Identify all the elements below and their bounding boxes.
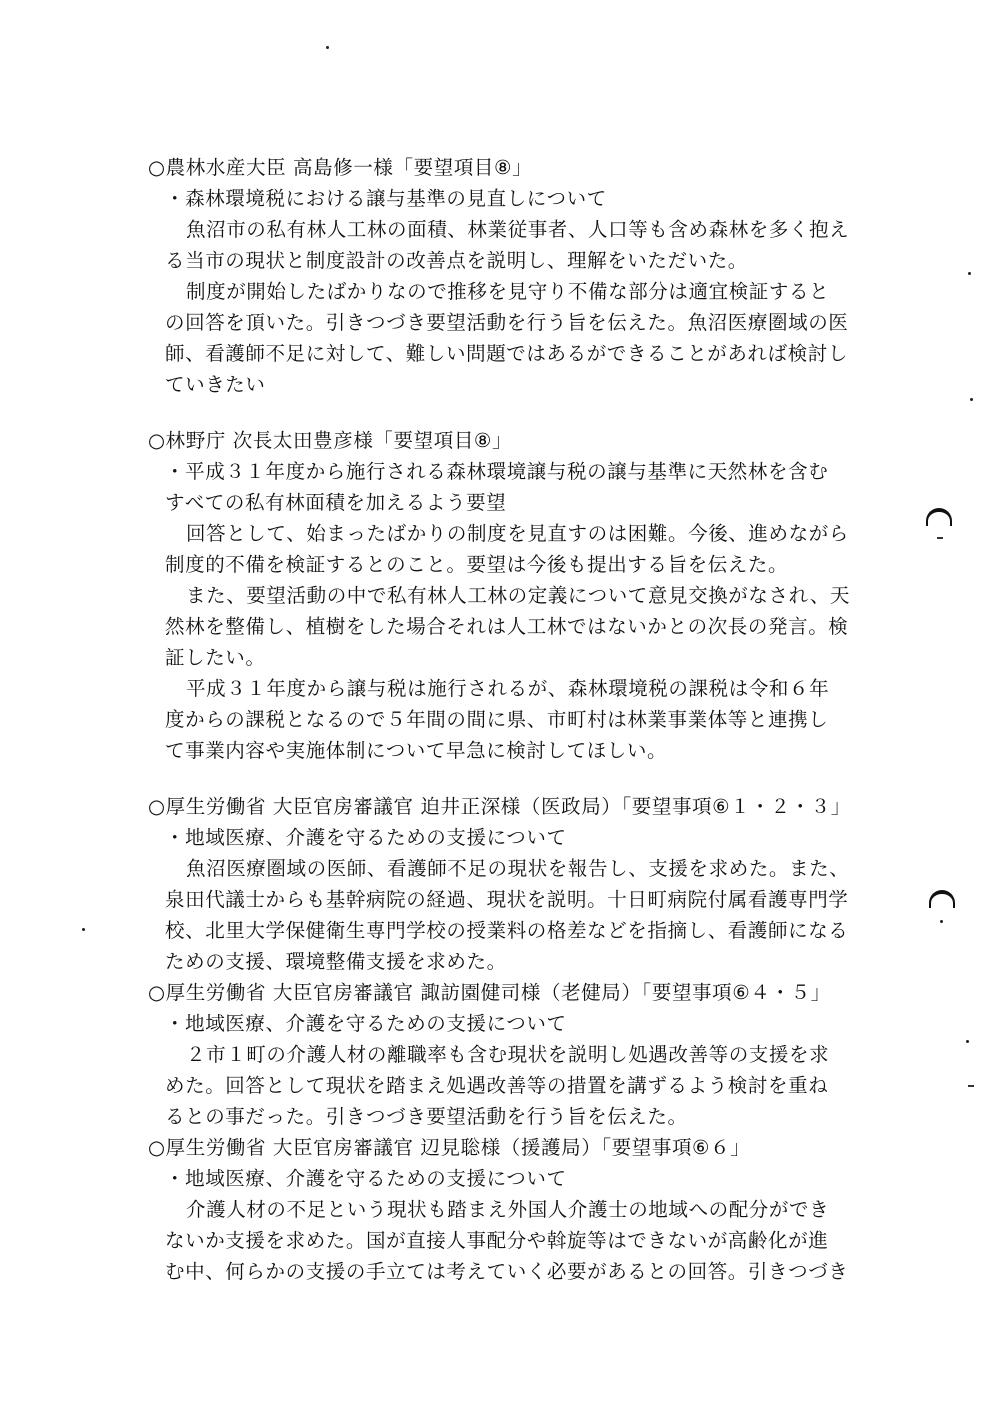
paragraph-line: るとの事だった。引きつづき要望活動を行う旨を伝えた。 <box>165 1105 688 1129</box>
paragraph-line: 平成３１年度から譲与税は施行されるが、森林環境税の課税は令和６年 <box>186 677 829 701</box>
paragraph-line: 証したい。 <box>165 646 266 670</box>
paragraph-line: すべての私有林面積を加えるよう要望 <box>165 491 506 515</box>
bullet-item: ・地域医療、介護を守るための支援について <box>165 826 567 850</box>
scan-speck <box>968 1085 974 1087</box>
paragraph-line: 度からの課税となるので５年間の間に県、市町村は林業事業体等と連携し <box>165 708 828 732</box>
scan-speck <box>968 272 971 275</box>
bullet-item: ・森林環境税における譲与基準の見直しについて <box>165 187 607 211</box>
paragraph-line: ２市１町の介護人材の離職率も含む現状を説明し処遇改善等の支援を求 <box>186 1043 829 1067</box>
scan-speck <box>970 398 973 401</box>
bullet-item: ・平成３１年度から施行される森林環境譲与税の譲与基準に天然林を含む <box>165 460 828 484</box>
scan-speck <box>326 46 329 49</box>
paragraph-line: 制度が開始したばかりなので推移を見守り不備な部分は適宜検証すると <box>186 280 829 304</box>
paragraph-line: ていきたい <box>165 373 266 397</box>
punch-hole-mark <box>926 508 952 526</box>
bullet-item: ・地域医療、介護を守るための支援について <box>165 1012 567 1036</box>
paragraph-line: めた。回答として現状を踏まえ処遇改善等の措置を講ずるよう検討を重ね <box>165 1074 828 1098</box>
paragraph-line: 然林を整備し、植樹をした場合それは人工林ではないかとの次長の発言。検 <box>165 615 848 639</box>
paragraph-line: 泉田代議士からも基幹病院の経過、現状を説明。十日町病院付属看護専門学 <box>165 888 848 912</box>
punch-hole-mark <box>929 890 955 908</box>
paragraph-line: 魚沼医療圏域の医師、看護師不足の現状を報告し、支援を求めた。また、 <box>186 857 849 881</box>
paragraph-line: 介護人材の不足という現状も踏まえ外国人介護士の地域への配分ができ <box>186 1198 829 1222</box>
paragraph-line: 師、看護師不足に対して、難しい問題ではあるができることがあれば検討し <box>165 342 848 366</box>
scan-speck <box>966 1040 969 1043</box>
paragraph-line: 制度的不備を検証するとのこと。要望は今後も提出する旨を伝えた。 <box>165 553 788 577</box>
section-heading: ○厚生労働省 大臣官房審議官 辺見聡様（援護局）「要望事項⑥６」 <box>148 1136 750 1160</box>
scan-speck <box>940 920 943 923</box>
section-heading: ○林野庁 次長太田豊彦様「要望項目⑧」 <box>148 429 512 453</box>
paragraph-line: む中、何らかの支援の手立ては考えていく必要があるとの回答。引きつづき <box>165 1260 848 1284</box>
paragraph-line: 校、北里大学保健衛生専門学校の授業料の格差などを指摘し、看護師になる <box>165 919 848 943</box>
paragraph-line: 魚沼市の私有林人工林の面積、林業従事者、人口等も含め森林を多く抱え <box>186 218 849 242</box>
paragraph-line: ないか支援を求めた。国が直接人事配分や斡旋等はできないが高齢化が進 <box>165 1229 828 1253</box>
paragraph-line: て事業内容や実施体制について早急に検討してほしい。 <box>165 739 667 763</box>
paragraph-line: ための支援、環境整備支援を求めた。 <box>165 950 507 974</box>
document-page: ○農林水産大臣 高島修一様「要望項目⑧」 ・森林環境税における譲与基準の見直しに… <box>0 0 1000 1419</box>
section-heading: ○農林水産大臣 高島修一様「要望項目⑧」 <box>148 156 532 180</box>
paragraph-line: の回答を頂いた。引きつづき要望活動を行う旨を伝えた。魚沼医療圏域の医 <box>165 311 848 335</box>
scan-speck <box>82 928 85 931</box>
scan-speck <box>937 537 943 539</box>
bullet-item: ・地域医療、介護を守るための支援について <box>165 1167 567 1191</box>
section-heading: ○厚生労働省 大臣官房審議官 迫井正深様（医政局）「要望事項⑥１・２・３」 <box>148 795 851 819</box>
section-heading: ○厚生労働省 大臣官房審議官 諏訪園健司様（老健局）「要望事項⑥４・５」 <box>148 981 831 1005</box>
paragraph-line: る当市の現状と制度設計の改善点を説明し、理解をいただいた。 <box>165 249 748 273</box>
paragraph-line: また、要望活動の中で私有林人工林の定義について意見交換がなされ、天 <box>186 584 850 608</box>
paragraph-line: 回答として、始まったばかりの制度を見直すのは困難。今後、進めながら <box>186 522 849 546</box>
